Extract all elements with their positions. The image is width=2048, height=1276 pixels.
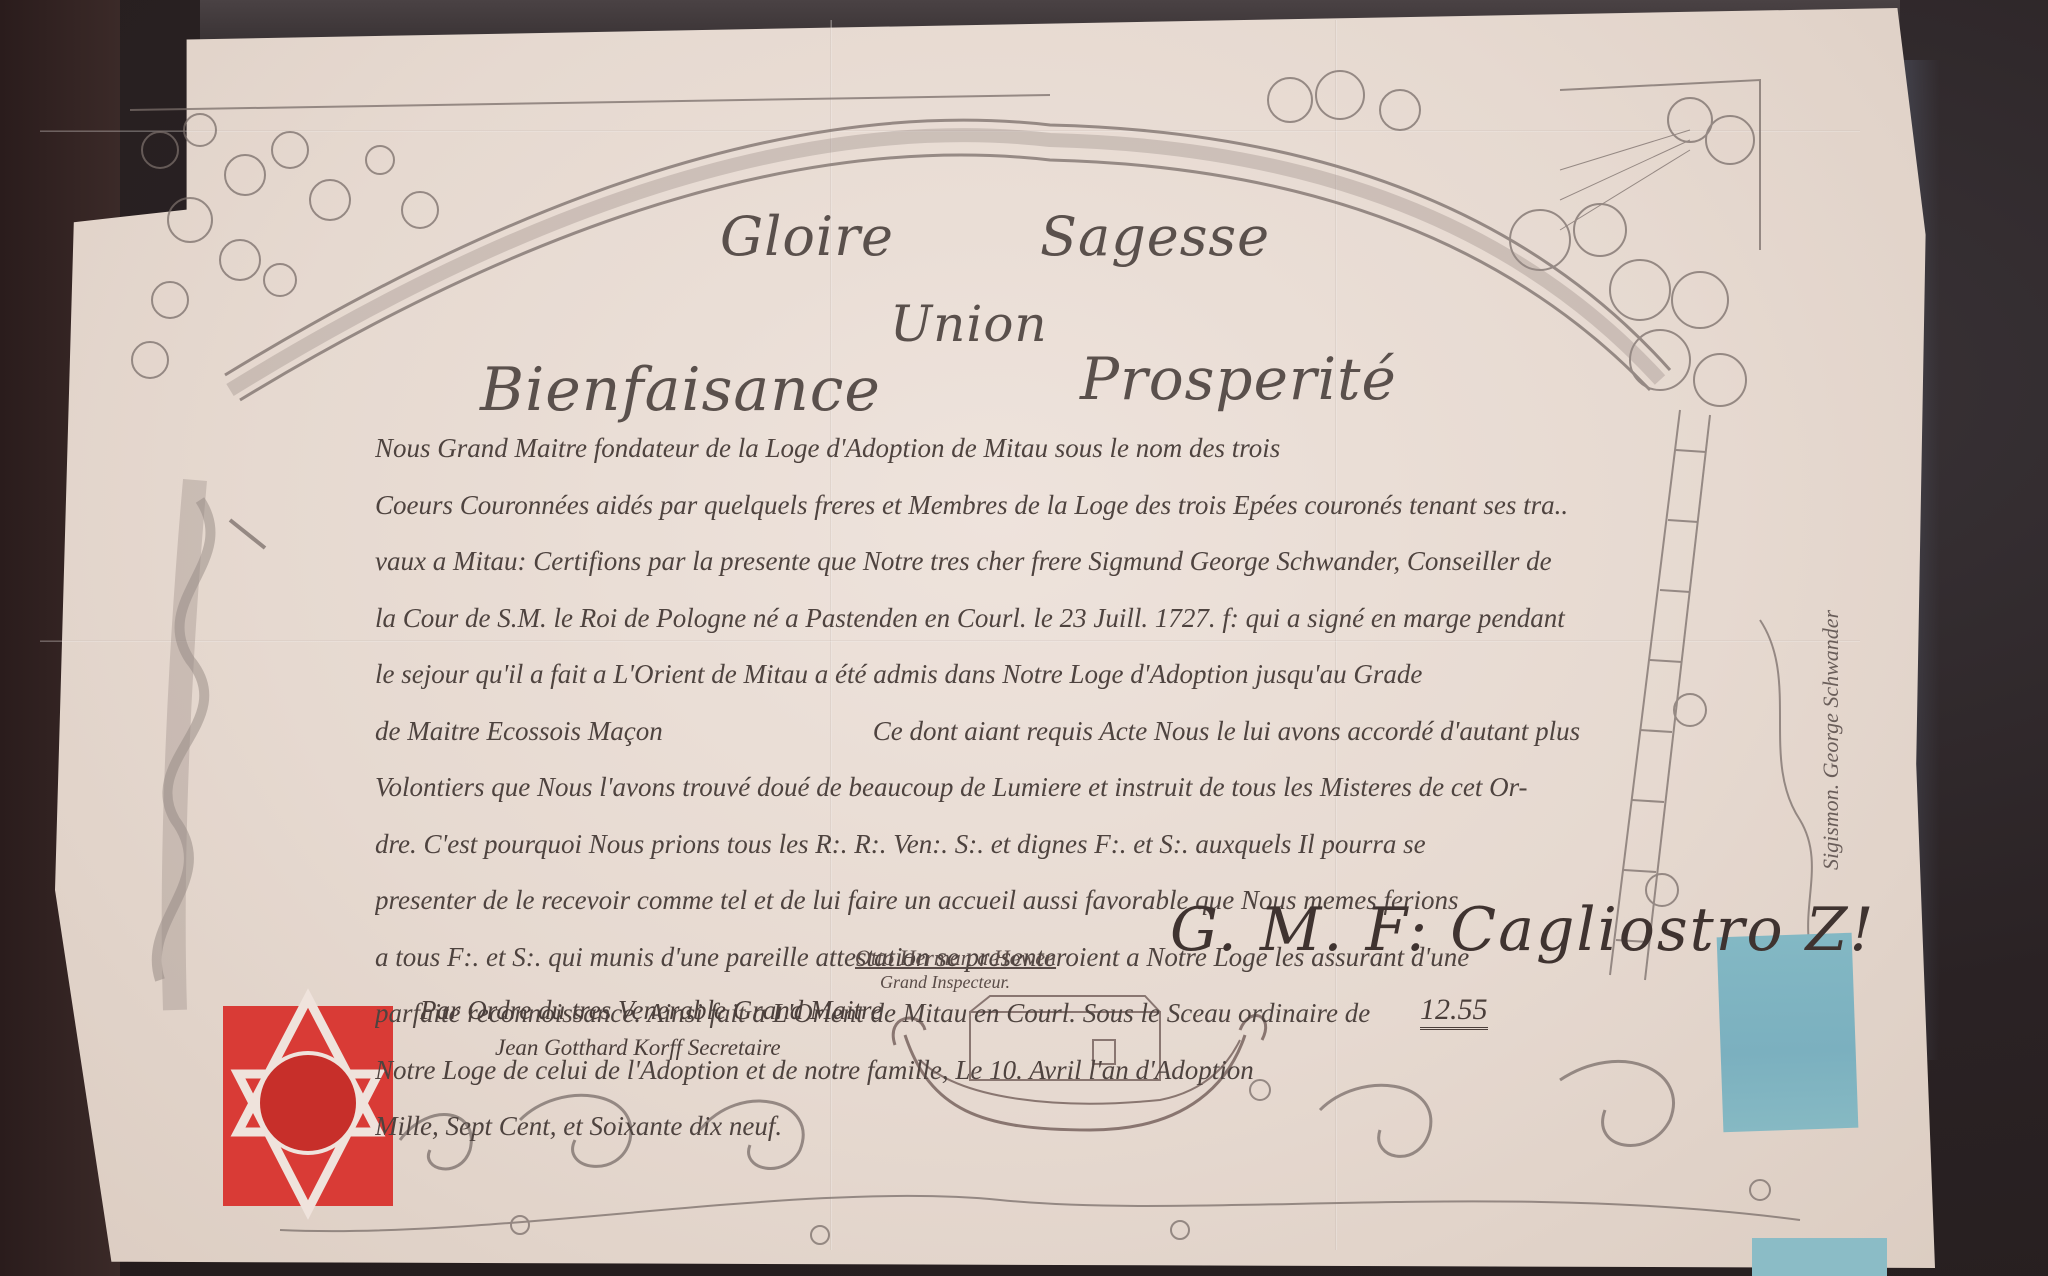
document-number: 12.55 — [1420, 993, 1488, 1030]
heading-union: Union — [890, 295, 1048, 353]
inspector-signature: Otto Herman a Howen — [855, 945, 1056, 971]
heading-bienfaisance: Bienfaisance — [480, 355, 881, 425]
body-line-part: de Maitre Ecossois Maçon — [375, 716, 663, 746]
body-line: le sejour qu'il a fait a L'Orient de Mit… — [375, 646, 1705, 703]
blue-silk-ribbon-end — [1752, 1238, 1887, 1276]
body-line: Nous Grand Maitre fondateur de la Loge d… — [375, 420, 1705, 477]
body-line: Coeurs Couronnées aidés par quelquels fr… — [375, 477, 1705, 534]
snake-tree-left — [157, 480, 265, 1010]
body-line: vaux a Mitau: Certifions par la presente… — [375, 533, 1705, 590]
margin-signature: Sigismon. George Schwander — [1818, 610, 1844, 870]
body-line: la Cour de S.M. le Roi de Pologne né a P… — [375, 590, 1705, 647]
body-line: Mille, Sept Cent, et Soixante dix neuf. — [375, 1098, 1705, 1155]
red-seal-group — [223, 998, 393, 1210]
body-line: de Maitre Ecossois MaçonCe dont aiant re… — [375, 703, 1705, 760]
heading-gloire: Gloire — [720, 205, 894, 268]
body-line: dre. C'est pourquoi Nous prions tous les… — [375, 816, 1705, 873]
order-line: Par Ordre du tres Venerable Grand Maitre — [420, 995, 882, 1026]
body-line-part: Ce dont aiant requis Acte Nous le lui av… — [873, 716, 1580, 746]
heading-sagesse: Sagesse — [1040, 205, 1270, 268]
body-line: Volontiers que Nous l'avons trouvé doué … — [375, 759, 1705, 816]
grand-master-signature: G. M. F: Cagliostro Z! — [1170, 895, 1875, 965]
inspector-title: Grand Inspecteur. — [880, 972, 1010, 993]
heading-prosperite: Prosperité — [1080, 345, 1397, 413]
secretary-signature: Jean Gotthard Korff Secretaire — [495, 1035, 781, 1061]
